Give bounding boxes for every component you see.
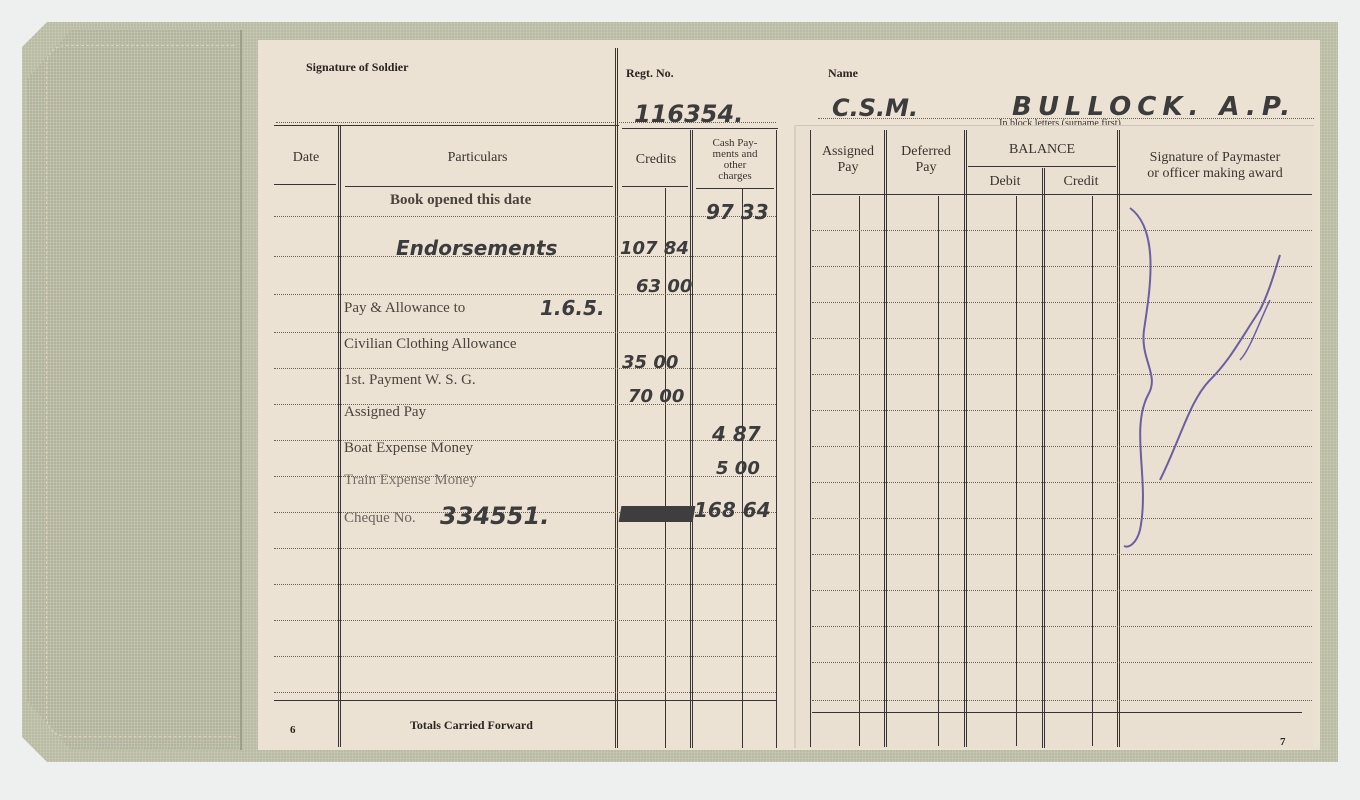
header-rule — [812, 194, 1312, 195]
row-line — [274, 548, 776, 549]
column-rule — [810, 130, 811, 747]
cash-payments-column-header: Cash Pay- ments and other charges — [694, 138, 776, 182]
header-line: Assigned — [812, 144, 884, 160]
date-column-header: Date — [276, 150, 336, 166]
header-rule — [622, 186, 688, 187]
header-rule — [345, 186, 613, 187]
particulars-endorsements: Endorsements — [396, 236, 557, 260]
particulars-pay-allowance: Pay & Allowance to — [344, 300, 465, 317]
paymaster-signature-header: Signature of Paymaster or officer making… — [1120, 150, 1310, 182]
credits-35: 35 00 — [622, 352, 678, 373]
particulars-wsg-payment: 1st. Payment W. S. G. — [344, 372, 476, 389]
page-number-right: 7 — [1280, 736, 1286, 748]
row-line — [274, 692, 776, 693]
particulars-book-opened: Book opened this date — [390, 192, 531, 209]
credit-header: Credit — [1046, 174, 1116, 190]
debit-rule — [1042, 168, 1045, 748]
column-rule — [1016, 196, 1017, 746]
regt-no-label: Regt. No. — [626, 66, 674, 81]
header-rule — [968, 166, 1116, 167]
row-line — [274, 216, 776, 217]
balance-header: BALANCE — [968, 142, 1116, 158]
header-line: charges — [694, 171, 776, 182]
deferred-pay-rule — [964, 130, 967, 747]
header-line: Pay — [812, 160, 884, 176]
struck-out-credit — [619, 506, 696, 522]
cash-boat: 4 87 — [712, 422, 761, 446]
flap-stitching — [46, 45, 235, 737]
particulars-civilian-clothing: Civilian Clothing Allowance — [344, 336, 517, 353]
particulars-boat-expense: Boat Expense Money — [344, 440, 473, 457]
row-line — [812, 590, 1312, 591]
row-line — [812, 662, 1312, 663]
header-line: Pay — [888, 160, 964, 176]
header-line: or officer making award — [1120, 166, 1310, 182]
assigned-pay-header: Assigned Pay — [812, 144, 884, 176]
totals-rule — [274, 700, 776, 701]
particulars-train-expense: Train Expense Money — [344, 472, 477, 489]
row-line — [274, 332, 776, 333]
particulars-cheque-no: Cheque No. — [344, 510, 416, 527]
column-rule — [1092, 196, 1093, 746]
row-line — [812, 626, 1312, 627]
row-line — [274, 620, 776, 621]
cash-book-opened: 97 33 — [706, 200, 769, 224]
header-line: Deferred — [888, 144, 964, 160]
credits-column-header: Credits — [624, 152, 688, 168]
cash-column-rule — [776, 130, 777, 748]
credits-endorsements: 107 84 — [620, 238, 689, 259]
particulars-column-header: Particulars — [345, 150, 610, 166]
debit-header: Debit — [968, 174, 1042, 190]
signature-of-soldier-label: Signature of Soldier — [306, 60, 408, 75]
row-line — [274, 368, 776, 369]
credits-cents-rule — [665, 188, 666, 748]
header-rule — [696, 188, 774, 189]
row-line — [274, 584, 776, 585]
header-line: Signature of Paymaster — [1120, 150, 1310, 166]
paymaster-signature — [1120, 200, 1300, 550]
credits-63: 63 00 — [636, 276, 692, 297]
deferred-pay-header: Deferred Pay — [888, 144, 964, 176]
header-rule — [622, 128, 778, 129]
header-rule — [274, 125, 619, 126]
page-number-left: 6 — [290, 724, 296, 736]
regt-no-value: 116354. — [634, 100, 743, 128]
row-line — [812, 554, 1312, 555]
row-line — [274, 656, 776, 657]
particulars-assigned-pay: Assigned Pay — [344, 404, 426, 421]
totals-carried-forward-label: Totals Carried Forward — [410, 718, 533, 733]
row-line — [274, 294, 776, 295]
column-rule — [938, 196, 939, 746]
totals-rule — [812, 712, 1302, 713]
cash-cheque: 168 64 — [694, 498, 771, 522]
header-rule — [274, 184, 336, 185]
signature-line — [276, 122, 776, 123]
cheque-number: 334551. — [440, 502, 549, 530]
row-line — [812, 700, 1312, 701]
pay-allowance-date: 1.6.5. — [540, 296, 605, 320]
particulars-column-rule — [615, 48, 618, 748]
assigned-pay-rule — [884, 130, 887, 747]
cash-train: 5 00 — [716, 458, 760, 479]
date-column-rule — [338, 125, 341, 747]
name-label: Name — [828, 66, 858, 81]
credits-70: 70 00 — [628, 386, 684, 407]
column-rule — [859, 196, 860, 746]
